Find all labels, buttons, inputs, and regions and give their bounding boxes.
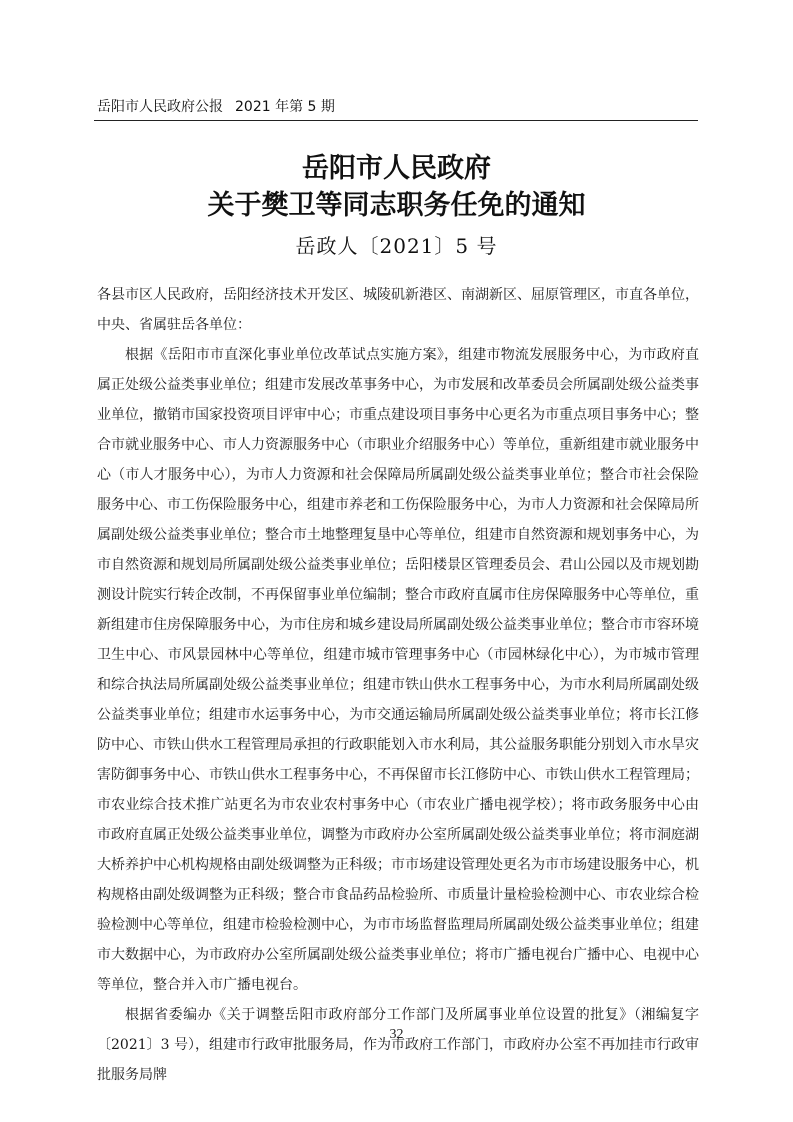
document-title-line1: 岳阳市人民政府 (0, 146, 793, 185)
running-header: 岳阳市人民政府公报2021 年第 5 期 (97, 98, 697, 116)
body-paragraph: 根据《岳阳市市直深化事业单位改革试点实施方案》，组建市物流发展服务中心，为市政府… (97, 340, 699, 1000)
issue-number: 2021 年第 5 期 (235, 99, 335, 115)
header-divider (94, 120, 698, 121)
document-title-line2: 关于樊卫等同志职务任免的通知 (0, 183, 793, 222)
document-number: 岳政人〔2021〕5 号 (0, 230, 793, 259)
body-paragraph: 根据省委编办《关于调整岳阳市政府部分工作部门及所属事业单位设置的批复》（湘编复字… (97, 1000, 699, 1090)
addressee: 各县市区人民政府，岳阳经济技术开发区、城陵矶新港区、南湖新区、屈原管理区，市直各… (97, 280, 699, 340)
publication-name: 岳阳市人民政府公报 (97, 99, 223, 115)
document-body: 各县市区人民政府，岳阳经济技术开发区、城陵矶新港区、南湖新区、屈原管理区，市直各… (97, 280, 699, 1090)
page-number: 32 (0, 1027, 793, 1043)
